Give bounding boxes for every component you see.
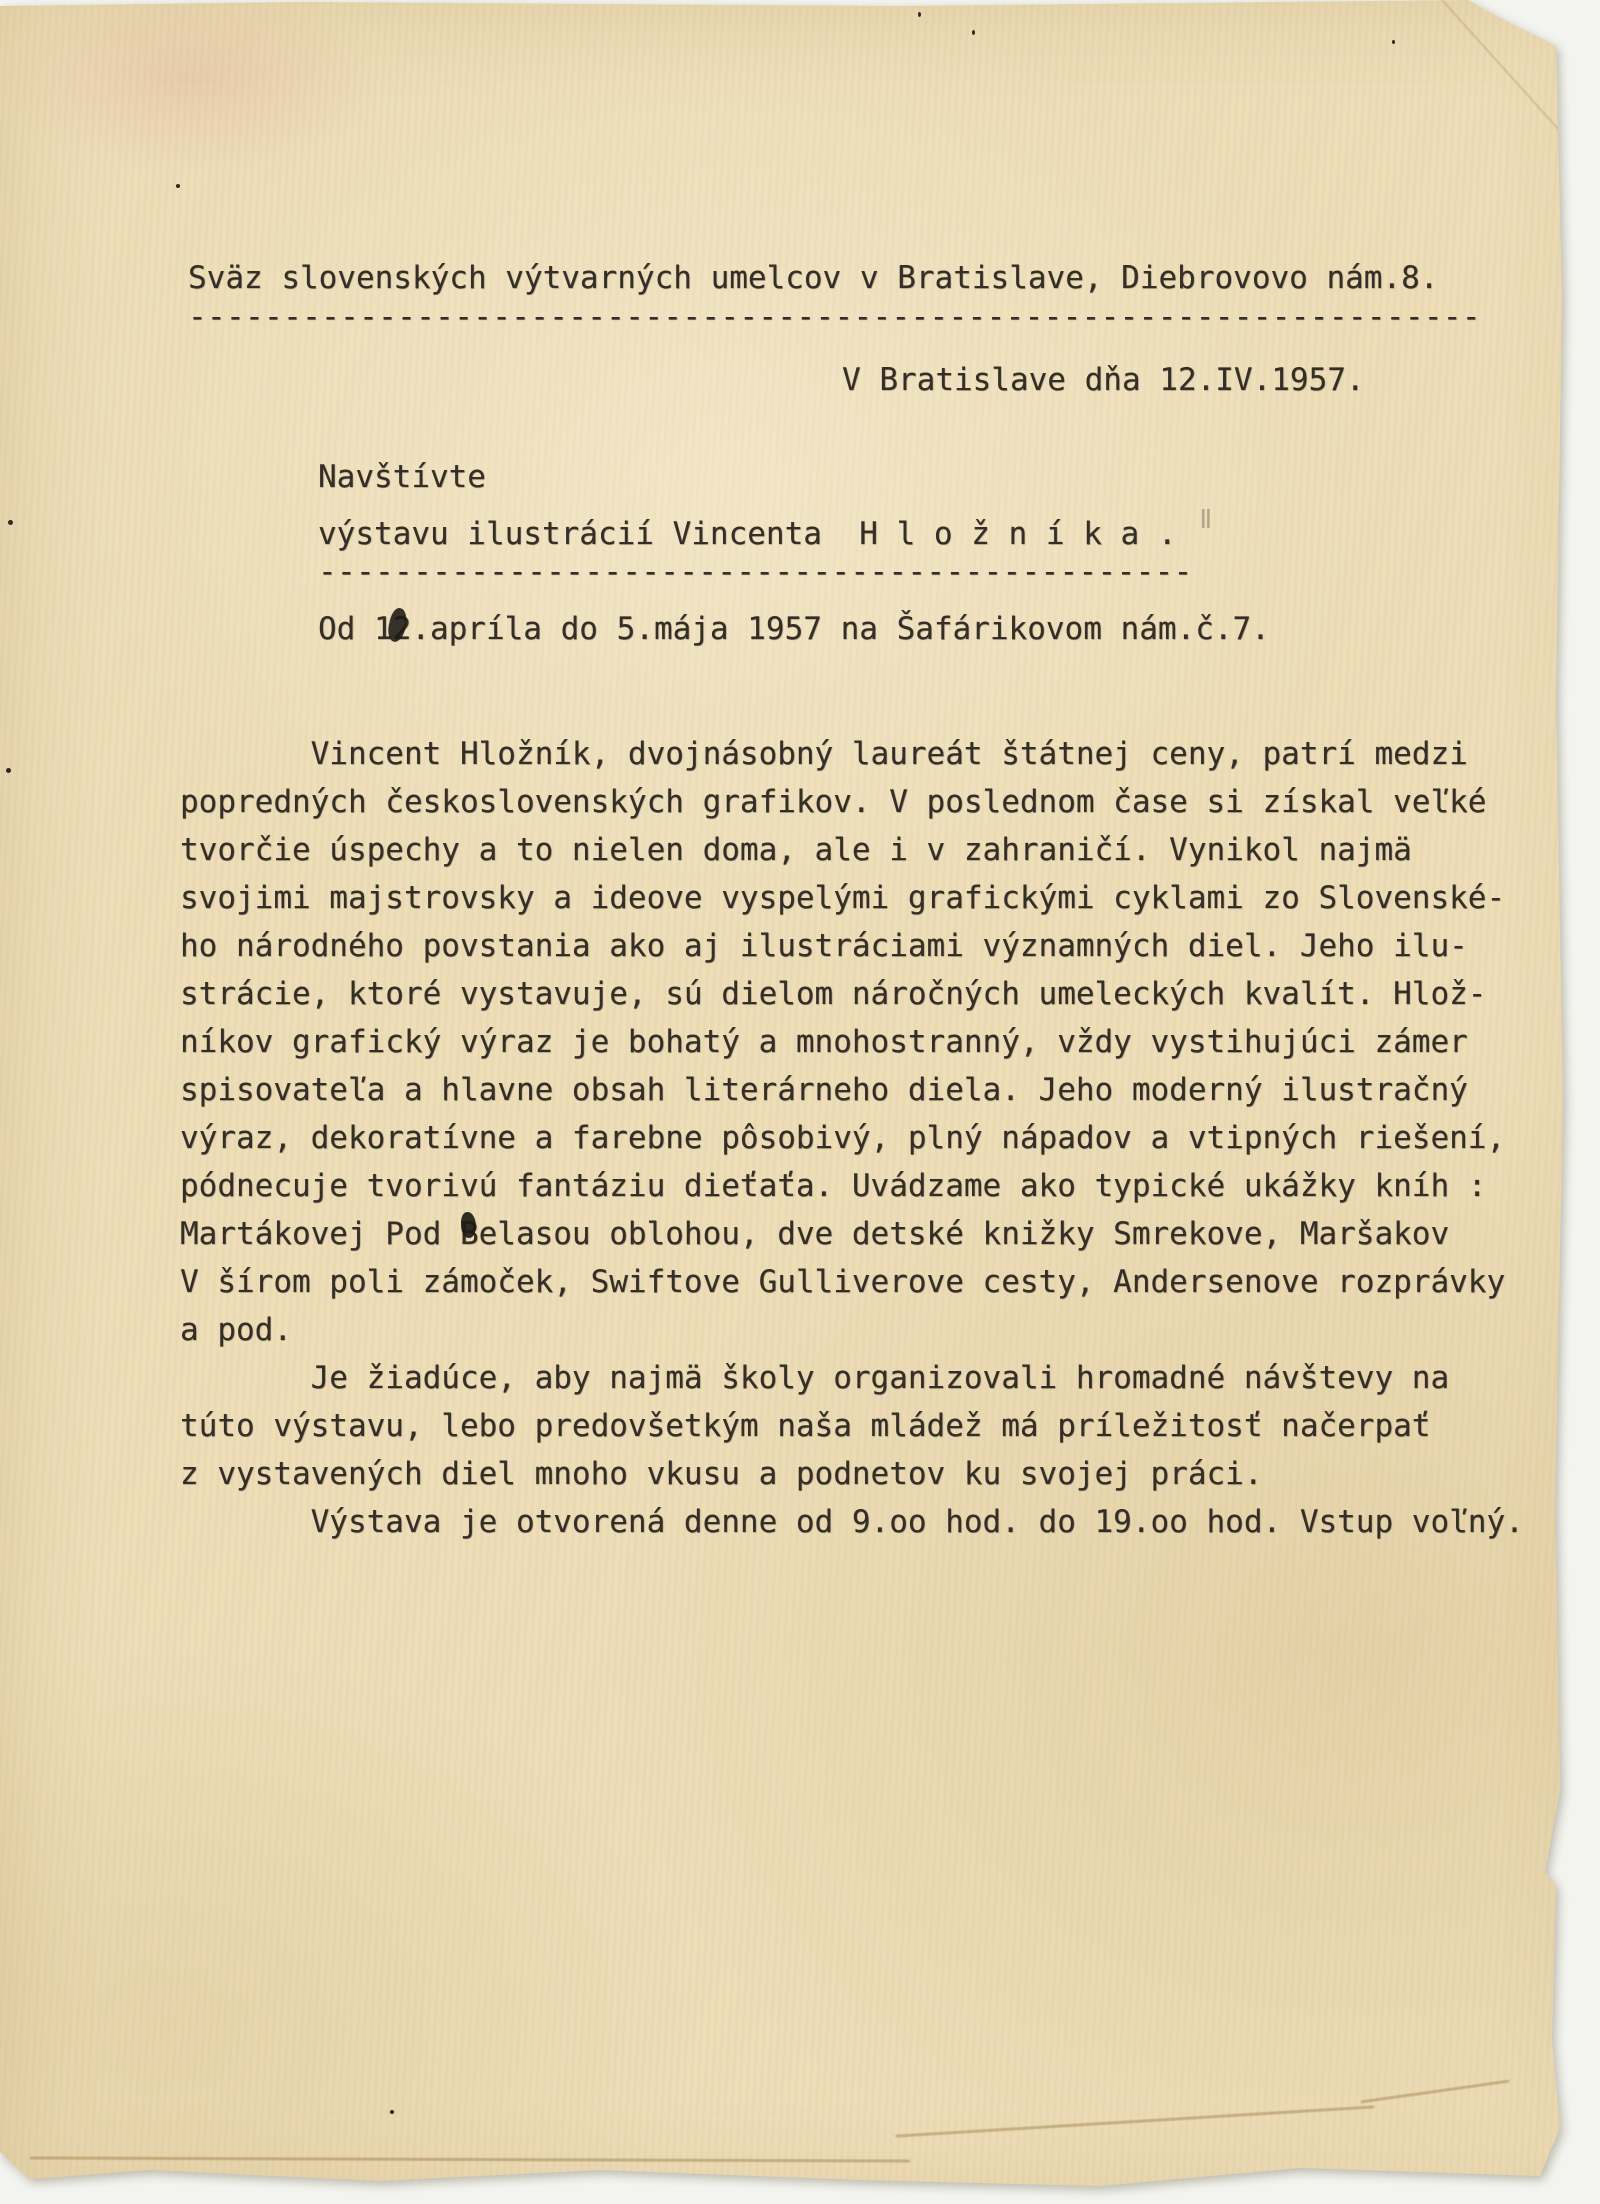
corner-crease xyxy=(1437,0,1572,144)
body-line: strácie, ktoré vystavuje, sú dielom náro… xyxy=(180,970,1524,1018)
body-line: tvorčie úspechy a to nielen doma, ale i … xyxy=(180,826,1524,874)
body-line: níkov grafický výraz je bohatý a mnohost… xyxy=(180,1018,1524,1066)
stray-mark: ǁ xyxy=(1198,505,1214,535)
invitation-dates: Od 12.apríla do 5.mája 1957 na Šafárikov… xyxy=(318,605,1270,653)
fold-crease xyxy=(895,2105,1374,2137)
invitation-divider: ----------------------------------------… xyxy=(318,548,1193,596)
body-line: spisovateľa a hlavne obsah literárneho d… xyxy=(180,1066,1524,1114)
ink-speck xyxy=(972,30,975,35)
body-line: a pod. xyxy=(180,1306,1524,1354)
letterhead-divider: ----------------------------------------… xyxy=(188,293,1481,341)
typewriter-bold-overstrike-mark xyxy=(461,1212,476,1238)
body-line: V šírom poli zámoček, Swiftove Gullivero… xyxy=(180,1258,1524,1306)
body-line: svojimi majstrovsky a ideove vyspelými g… xyxy=(180,874,1524,922)
ink-speck xyxy=(390,2110,394,2114)
body-line: Je žiadúce, aby najmä školy organizovali… xyxy=(180,1354,1524,1402)
ink-speck xyxy=(1392,40,1395,44)
dateline: V Bratislave dňa 12.IV.1957. xyxy=(842,356,1365,404)
body-line: túto výstavu, lebo predovšetkým naša mlá… xyxy=(180,1402,1524,1450)
body-line: Martákovej Pod Belasou oblohou, dve dets… xyxy=(180,1210,1524,1258)
ink-speck xyxy=(918,12,921,17)
body-line: Výstava je otvorená denne od 9.oo hod. d… xyxy=(180,1498,1524,1546)
fold-crease xyxy=(1361,2080,1510,2104)
letter-body: Vincent Hložník, dvojnásobný laureát štá… xyxy=(180,730,1524,1546)
body-line: ho národného povstania ako aj ilustrácia… xyxy=(180,922,1524,970)
paper-sheet: Sväz slovenských výtvarných umelcov v Br… xyxy=(0,0,1600,2204)
ink-speck xyxy=(6,768,11,773)
fold-crease xyxy=(30,2156,910,2162)
body-line: Vincent Hložník, dvojnásobný laureát štá… xyxy=(180,730,1524,778)
ink-speck xyxy=(8,520,13,525)
body-line: výraz, dekoratívne a farebne pôsobivý, p… xyxy=(180,1114,1524,1162)
body-line: popredných československých grafikov. V … xyxy=(180,778,1524,826)
ink-speck xyxy=(176,184,180,188)
paper-shadow: Sväz slovenských výtvarných umelcov v Br… xyxy=(0,0,1600,2204)
body-line: z vystavených diel mnoho vkusu a podneto… xyxy=(180,1450,1524,1498)
invitation-heading: Navštívte xyxy=(318,453,486,501)
body-line: pódnecuje tvorivú fantáziu dieťaťa. Uvád… xyxy=(180,1162,1524,1210)
